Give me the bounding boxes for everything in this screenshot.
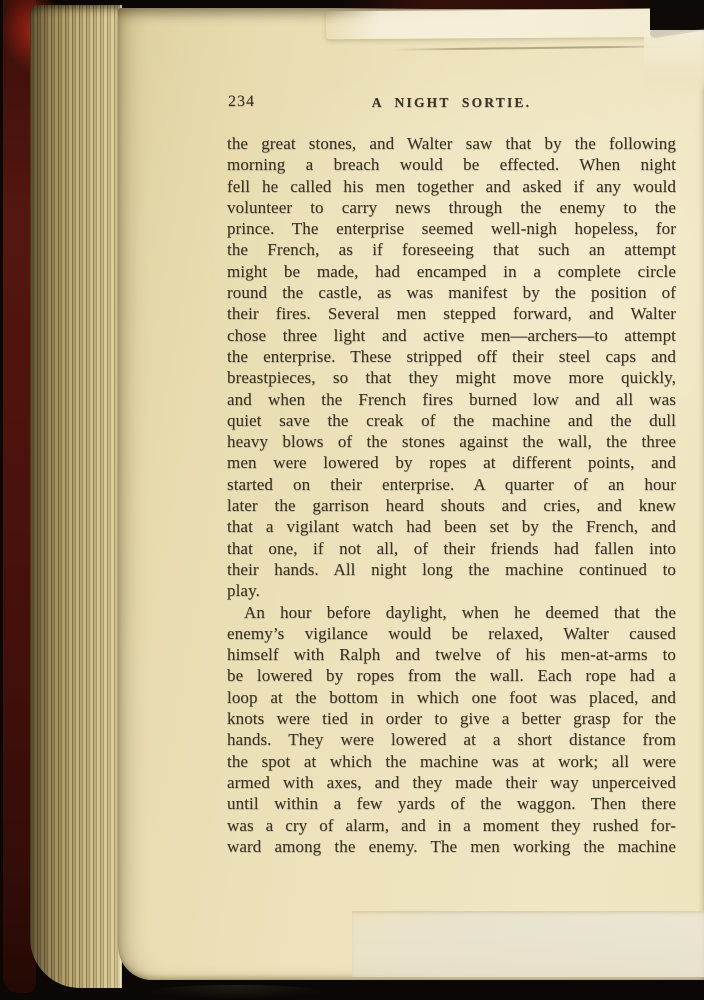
text-line: knots were tied in order to give a bette…	[227, 708, 676, 729]
text-line: hands. They were lowered at a short dist…	[227, 729, 676, 750]
text-line: their fires. Several men stepped forward…	[227, 303, 676, 324]
page-header-row: 234 A NIGHT SORTIE.	[227, 93, 676, 113]
text-line: was a cry of alarm, and in a moment they…	[227, 815, 676, 836]
text-line: armed with axes, and they made their way…	[227, 772, 676, 793]
text-line: An hour before daylight, when he deemed …	[227, 602, 676, 623]
text-line: morning a breach would be effected. When…	[227, 154, 676, 175]
text-line: the great stones, and Walter saw that by…	[227, 133, 676, 154]
text-line: enemy’s vigilance would be relaxed, Walt…	[227, 623, 676, 644]
text-line: until within a few yards of the waggon. …	[227, 793, 676, 814]
text-line: volunteer to carry news through the enem…	[227, 197, 676, 218]
top-page-edges	[326, 9, 680, 39]
text-line: round the castle, as was manifest by the…	[227, 282, 676, 303]
book-photo: 234 A NIGHT SORTIE. the great stones, an…	[0, 0, 704, 1000]
text-line: their hands. All night long the machine …	[227, 559, 676, 580]
running-header: A NIGHT SORTIE.	[227, 95, 676, 111]
text-line: men were lowered by ropes at different p…	[227, 452, 676, 473]
page-edge-stack	[30, 5, 122, 988]
top-right-page-edges	[644, 30, 704, 94]
text-line: play.	[227, 580, 676, 601]
text-line: prince. The enterprise seemed well-nigh …	[227, 218, 676, 239]
body-text: the great stones, and Walter saw that by…	[227, 133, 676, 857]
cover-board-bottom	[150, 985, 322, 998]
text-line: himself with Ralph and twelve of his men…	[227, 644, 676, 665]
text-line: started on their enterprise. A quarter o…	[227, 474, 676, 495]
text-line: the French, as if foreseeing that such a…	[227, 239, 676, 260]
text-line: chose three light and active men—archers…	[227, 325, 676, 346]
bottom-page-edges	[352, 911, 704, 977]
text-line: heavy blows of the stones against the wa…	[227, 431, 676, 452]
text-line: that a vigilant watch had been set by th…	[227, 516, 676, 537]
text-line: later the garrison heard shouts and crie…	[227, 495, 676, 516]
text-line: the spot at which the machine was at wor…	[227, 751, 676, 772]
text-line: quiet save the creak of the machine and …	[227, 410, 676, 431]
text-line: and when the French fires burned low and…	[227, 389, 676, 410]
text-line: loop at the bottom in which one foot was…	[227, 687, 676, 708]
text-line: the enterprise. These stripped off their…	[227, 346, 676, 367]
text-line: fell he called his men together and aske…	[227, 176, 676, 197]
text-line: be lowered by ropes from the wall. Each …	[227, 665, 676, 686]
text-line: breastpieces, so that they might move mo…	[227, 367, 676, 388]
text-line: that one, if not all, of their friends h…	[227, 538, 676, 559]
cover-top-edge	[335, 0, 665, 9]
text-line: might be made, had encamped in a complet…	[227, 261, 676, 282]
text-line: ward among the enemy. The men working th…	[227, 836, 676, 857]
